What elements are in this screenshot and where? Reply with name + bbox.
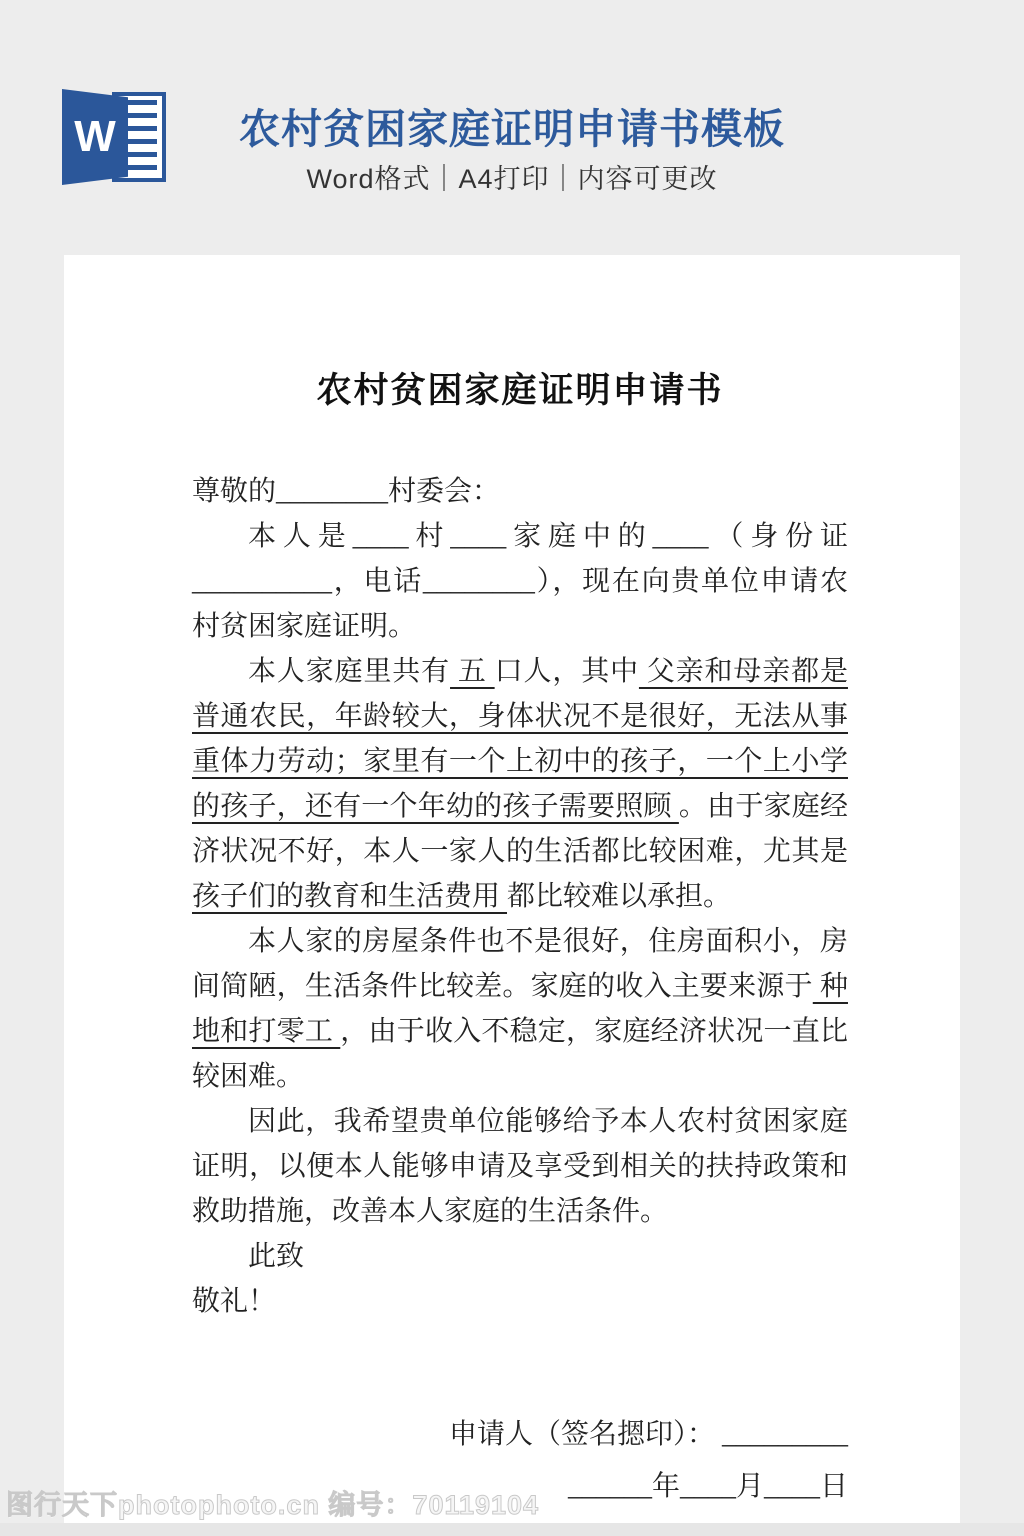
text-segment: 本人是____村____家庭中的____（身份证__________，电话___… bbox=[192, 521, 848, 642]
document-title: 农村贫困家庭证明申请书 bbox=[192, 363, 848, 413]
document-body: 尊敬的________村委会： 本人是____村____家庭中的____（身份证… bbox=[192, 469, 848, 1513]
text-segment: 本人家庭里共有 bbox=[248, 656, 450, 687]
text-segment: 尊敬的________村委会： bbox=[192, 476, 500, 507]
intro-paragraph: 本人是____村____家庭中的____（身份证__________，电话___… bbox=[192, 514, 848, 649]
family-situation-paragraph: 本人家庭里共有 五 口人，其中 父亲和母亲都是普通农民，年龄较大，身体状况不是很… bbox=[192, 649, 848, 919]
text-segment: 敬礼！ bbox=[192, 1286, 276, 1317]
fill-in-text: 五 bbox=[450, 656, 495, 687]
header: W 农村贫困家庭证明申请书模板 Word格式｜A4打印｜内容可更改 bbox=[0, 0, 1024, 255]
page-title: 农村贫困家庭证明申请书模板 bbox=[0, 96, 1024, 155]
closing-jingli: 敬礼！ bbox=[192, 1279, 848, 1324]
closing-cizhi: 此致 bbox=[192, 1234, 848, 1279]
text-segment: 口人，其中 bbox=[495, 656, 639, 687]
watermark-text: 图行天下photophoto.cn 编号：70119104 bbox=[6, 1483, 539, 1522]
document-page: 农村贫困家庭证明申请书 尊敬的________村委会： 本人是____村____… bbox=[64, 255, 960, 1523]
housing-income-paragraph: 本人家的房屋条件也不是很好，住房面积小，房间简陋，生活条件比较差。家庭的收入主要… bbox=[192, 919, 848, 1099]
salutation-line: 尊敬的________村委会： bbox=[192, 469, 848, 514]
fill-in-text: 孩子们的教育和生活费用 bbox=[192, 881, 507, 912]
applicant-signature-line: 申请人（签名摁印）： _________ bbox=[192, 1409, 848, 1461]
text-segment: 本人家的房屋条件也不是很好，住房面积小，房间简陋，生活条件比较差。家庭的收入主要… bbox=[192, 926, 848, 1002]
text-segment: 此致 bbox=[248, 1241, 304, 1272]
template-preview-page: W 农村贫困家庭证明申请书模板 Word格式｜A4打印｜内容可更改 农村贫困家庭… bbox=[0, 0, 1024, 1536]
text-segment: 因此，我希望贵单位能够给予本人农村贫困家庭证明，以便本人能够申请及享受到相关的扶… bbox=[192, 1106, 848, 1227]
text-segment: 都比较难以承担。 bbox=[507, 881, 731, 912]
request-paragraph: 因此，我希望贵单位能够给予本人农村贫困家庭证明，以便本人能够申请及享受到相关的扶… bbox=[192, 1099, 848, 1234]
footer-strip bbox=[0, 1523, 1024, 1536]
page-subtitle: Word格式｜A4打印｜内容可更改 bbox=[0, 157, 1024, 196]
